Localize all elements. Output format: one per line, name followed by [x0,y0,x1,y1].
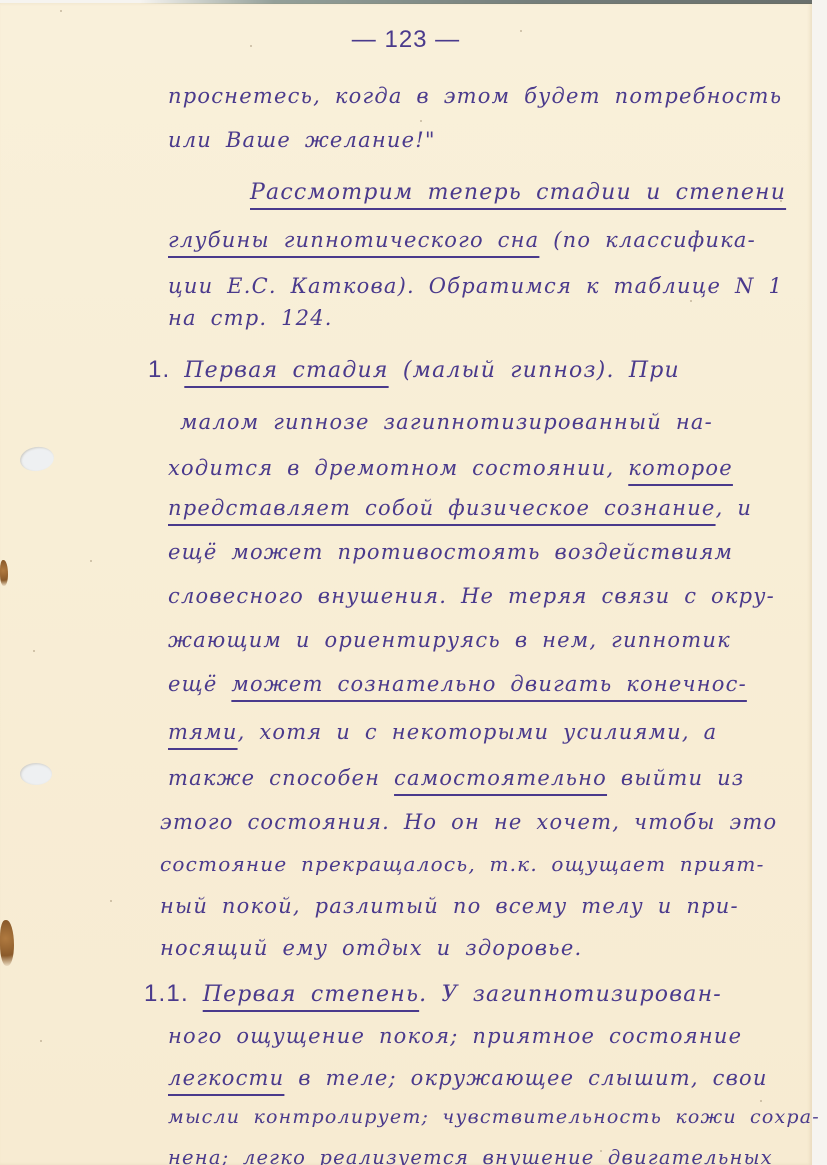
text-segment: ный покой, разлитый по всему телу и при- [160,894,739,918]
text-segment: , и [716,496,752,520]
text-segment: ещё [168,672,231,696]
text-segment: малом гипнозе загипнотизированный на- [180,410,713,434]
paper-speck [60,10,62,12]
text-line: жающим и ориентируясь в нем, гипнотик [168,628,731,652]
text-segment: , хотя и с некоторыми усилиями, а [238,720,718,744]
text-segment: (по классифика- [539,228,756,252]
text-line: легкости в теле; окружающее слышит, свои [168,1066,768,1090]
paper-speck [420,120,422,122]
text-line: мысли контролирует; чувствительность кож… [168,1106,820,1128]
paper-speck [40,1040,42,1042]
text-line: ещё может сознательно двигать конечнос- [168,672,747,696]
paper-speck [90,560,92,562]
text-segment: состояние прекращалось, т.к. ощущает при… [160,852,765,876]
underlined-text: Первая стадия [184,358,388,383]
text-segment: словесного внушения. Не теряя связи с ок… [168,584,775,608]
underlined-text: самостоятельно [394,766,607,790]
scanned-page: — 123 — проснетесь, когда в этом будет п… [0,0,827,1165]
text-segment: жающим и ориентируясь в нем, гипнотик [168,628,731,652]
underlined-text: легкости [168,1066,284,1090]
text-line: нена; легко реализуется внушение двигате… [168,1146,773,1165]
text-line: ный покой, разлитый по всему телу и при- [160,894,739,918]
text-segment: мысли контролирует; чувствительность кож… [168,1106,820,1128]
text-segment: проснетесь, когда в этом будет потребнос… [168,84,782,108]
text-segment: этого состояния. Но он не хочет, чтобы э… [160,810,777,834]
text-line: глубины гипнотического сна (по классифик… [168,228,756,252]
underlined-text: Первая степень [203,982,419,1007]
underlined-text: тями [168,720,238,744]
underlined-text: Рассмотрим теперь стадии и степени [250,180,786,205]
paper-speck [780,200,782,202]
text-line: ходится в дремотном состоянии, которое [168,456,733,480]
text-line: ещё может противостоять воздействиям [168,540,733,564]
page-number: — 123 — [0,26,812,54]
paper-speck [520,30,522,32]
underlined-text: может сознательно двигать конечнос- [231,672,747,696]
text-line: ного ощущение покоя; приятное состояние [168,1024,742,1048]
underlined-text: которое [628,456,733,480]
underlined-text: представляет собой физическое сознание [168,496,716,520]
section-number: 1. [148,356,184,383]
section-number: 1.1. [144,980,203,1007]
text-line: 1.1. Первая степень. У загипнотизирован- [144,980,722,1008]
text-line: словесного внушения. Не теряя связи с ок… [168,584,775,608]
paper-speck [250,45,252,47]
text-line: тями, хотя и с некоторыми усилиями, а [168,720,717,744]
text-line: этого состояния. Но он не хочет, чтобы э… [160,810,777,834]
text-line: состояние прекращалось, т.к. ощущает при… [160,852,765,876]
text-line: представляет собой физическое сознание, … [168,496,752,520]
paper-speck [760,1100,762,1102]
text-line: также способен самостоятельно выйти из [168,766,744,790]
text-segment: также способен [168,766,394,790]
text-line: малом гипнозе загипнотизированный на- [180,410,713,434]
text-segment: . У загипнотизирован- [419,982,722,1007]
text-line: или Ваше желание!" [168,128,436,152]
paper-speck [690,300,692,302]
text-segment: или Ваше желание!" [168,128,436,152]
paper-speck [110,900,112,902]
text-line: ции Е.С. Каткова). Обратимся к таблице N… [168,274,783,298]
paper-speck [600,1150,602,1152]
text-line: проснетесь, когда в этом будет потребнос… [168,84,782,108]
text-segment: носящий ему отдых и здоровье. [160,936,582,960]
underlined-text: глубины гипнотического сна [168,228,539,252]
handwritten-text: — 123 — проснетесь, когда в этом будет п… [0,0,812,1165]
text-segment: нена; легко реализуется внушение двигате… [168,1146,773,1165]
text-line: 1. Первая стадия (малый гипноз). При [148,356,680,384]
text-line: на стр. 124. [168,306,333,330]
text-segment: ции Е.С. Каткова). Обратимся к таблице N… [168,274,783,298]
text-segment: (малый гипноз). При [389,358,680,383]
text-segment: в теле; окружающее слышит, свои [284,1066,767,1090]
paper-speck [33,650,35,652]
text-line: Рассмотрим теперь стадии и степени [250,180,786,205]
text-segment: выйти из [607,766,744,790]
text-segment: ходится в дремотном состоянии, [168,456,628,480]
text-segment: ного ощущение покоя; приятное состояние [168,1024,742,1048]
text-line: носящий ему отдых и здоровье. [160,936,582,960]
text-segment: на стр. 124. [168,306,333,330]
text-segment: ещё может противостоять воздействиям [168,540,733,564]
